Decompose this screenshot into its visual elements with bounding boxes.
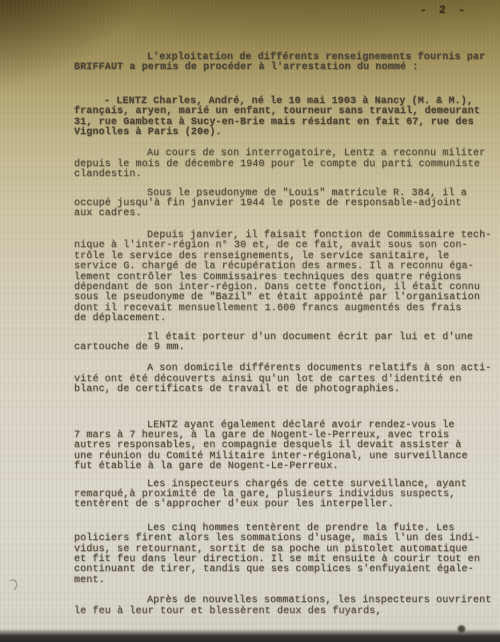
paragraph: Il était porteur d'un document écrit par… bbox=[74, 333, 478, 354]
document-line: fut établie à la gare de Nogent-Le-Perre… bbox=[74, 462, 478, 472]
document-line: tentèrent de s'approcher d'eux pour les … bbox=[74, 500, 478, 510]
document-line: aux cadres. bbox=[74, 209, 478, 219]
document-line: blanc, de certificats de travail et de p… bbox=[74, 385, 478, 395]
paragraph: Depuis janvier, il faisait fonction de C… bbox=[74, 231, 478, 325]
paragraph: A son domicile différents documents rela… bbox=[74, 364, 478, 395]
document-photo: - 2 - L'exploitation de différents rense… bbox=[0, 0, 500, 642]
document-line: de déplacement. bbox=[74, 314, 478, 324]
paragraph: Après de nouvelles sommations, les inspe… bbox=[74, 596, 478, 617]
paragraph: Sous le pseudonyme de "Louis" matricule … bbox=[74, 189, 478, 220]
paragraph: - LENTZ Charles, André, né le 10 mai 190… bbox=[74, 97, 478, 139]
document-line: ment. bbox=[74, 576, 478, 586]
scan-edge bbox=[0, 629, 500, 642]
document-line: cartouche de 9 mm. bbox=[74, 343, 478, 353]
document-line: service G. chargé de la récupération des… bbox=[74, 262, 478, 272]
pen-mark bbox=[7, 576, 23, 599]
page-number: - 2 - bbox=[420, 5, 468, 17]
document-line: BRIFFAUT a permis de procéder à l'arrest… bbox=[74, 63, 478, 73]
document-body: L'exploitation de différents renseigneme… bbox=[74, 53, 478, 617]
paragraph: L'exploitation de différents renseigneme… bbox=[74, 53, 478, 74]
paragraph: Les cinq hommes tentèrent de prendre la … bbox=[74, 524, 478, 586]
document-line: clandestin. bbox=[74, 170, 478, 180]
document-line: le feu à leur tour et blessèrent deux de… bbox=[74, 607, 478, 617]
paragraph: LENTZ ayant également déclaré avoir rend… bbox=[74, 421, 478, 473]
document-line: Vignolles à Paris (20e). bbox=[74, 128, 478, 138]
paragraph: Au cours de son interrogatoire, Lentz a … bbox=[74, 149, 478, 180]
paragraph: Les inspecteurs chargés de cette surveil… bbox=[74, 480, 478, 511]
document-line: continuant de tirer, tandis que ses comp… bbox=[74, 565, 478, 575]
